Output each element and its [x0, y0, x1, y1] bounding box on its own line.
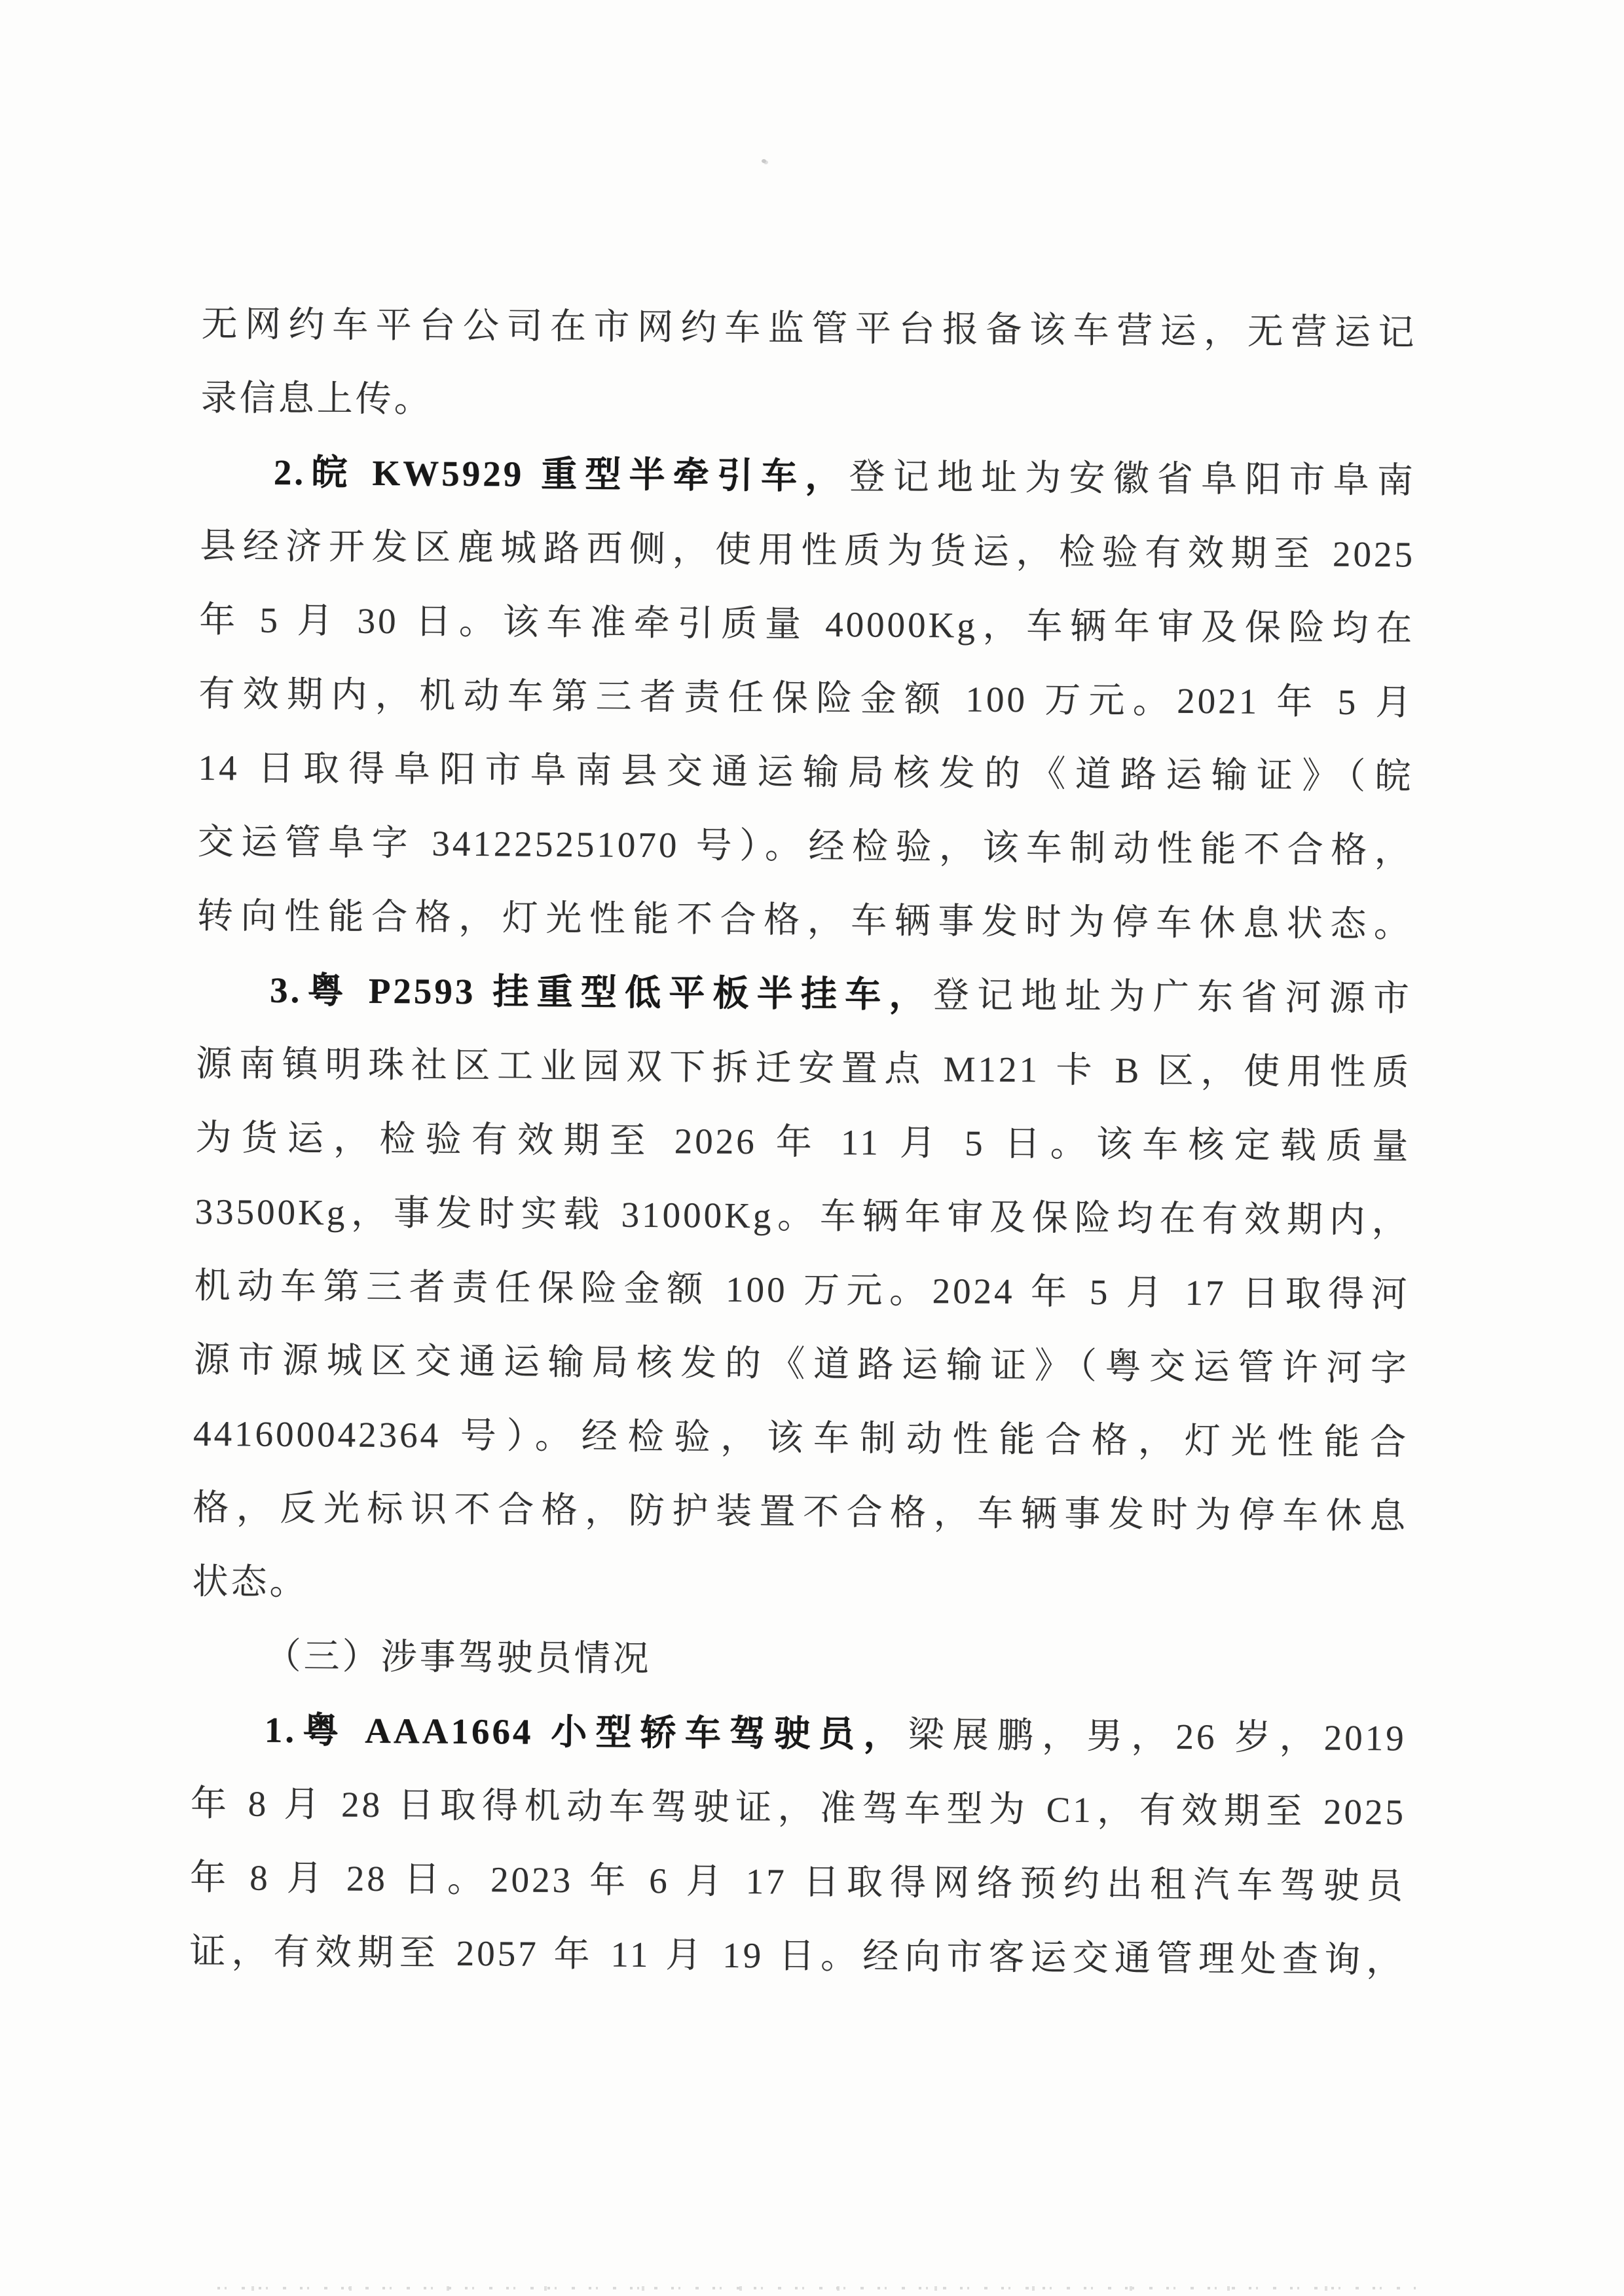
- text-segment: （三）涉事驾驶员情况: [265, 1636, 651, 1679]
- text-segment: 证，有效期至 2057 年 11 月 19 日。经向市客运交通管理处查询，: [189, 1931, 1405, 1980]
- text-segment: 33500Kg，事发时实载 31000Kg。车辆年审及保险均在有效期内，: [194, 1192, 1410, 1241]
- text-segment: 格，反光标识不合格，防护装置不合格，车辆事发时为停车休息: [193, 1487, 1408, 1537]
- text-line: 3.粤 P2593 挂重型低平板半挂车，登记地址为广东省河源市: [196, 953, 1412, 1036]
- text-line: 县经济开发区鹿城路西侧，使用性质为货运，检验有效期至 2025: [200, 509, 1416, 592]
- text-line: 源市源城区交通运输局核发的《道路运输证》（粤交运管许河字: [194, 1322, 1410, 1406]
- vehicle-heading-segment: 1.粤 AAA1664 小型轿车驾驶员，: [265, 1710, 908, 1755]
- text-segment: 登记地址为安徽省阜阳市阜南: [849, 456, 1416, 500]
- text-line: 有效期内，机动车第三者责任保险金额 100 万元。2021 年 5 月: [198, 657, 1414, 740]
- next-line-cutoff-fragments: [217, 2286, 1416, 2291]
- text-segment: 录信息上传。: [201, 378, 433, 420]
- text-line: 为货运，检验有效期至 2026 年 11 月 5 日。该车核定载质量: [195, 1101, 1411, 1184]
- text-line: 录信息上传。: [200, 361, 1416, 444]
- text-segment: 年 5 月 30 日。该车准牵引质量 40000Kg，车辆年审及保险均在: [199, 600, 1414, 649]
- text-segment: 交运管阜字 341225251070 号）。经检验，该车制动性能不合格，: [198, 822, 1413, 871]
- text-segment: 无网约车平台公司在市网约车监管平台报备该车营运，无营运记: [201, 304, 1416, 353]
- text-segment: 源南镇明珠社区工业园双下拆迁安置点 M121 卡 B 区，使用性质: [196, 1044, 1411, 1093]
- text-segment: 441600042364 号）。经检验，该车制动性能合格，灯光性能合: [193, 1413, 1409, 1463]
- text-line: 年 8 月 28 日。2023 年 6 月 17 日取得网络预约出租汽车驾驶员: [190, 1840, 1406, 1923]
- vehicle-heading-segment: 2.皖 KW5929 重型半牵引车，: [274, 452, 849, 496]
- scanned-document-page: 无网约车平台公司在市网约车监管平台报备该车营运，无营运记录信息上传。2.皖 KW…: [0, 0, 1624, 2296]
- text-segment: 为货运，检验有效期至 2026 年 11 月 5 日。该车核定载质量: [195, 1118, 1411, 1167]
- text-line: 14 日取得阜阳市阜南县交通运输局核发的《道路运输证》（皖: [198, 731, 1414, 814]
- text-segment: 梁展鹏，男，26 岁，2019: [908, 1715, 1407, 1758]
- document-body: 无网约车平台公司在市网约车监管平台报备该车营运，无营运记录信息上传。2.皖 KW…: [189, 287, 1417, 1997]
- text-line: 源南镇明珠社区工业园双下拆迁安置点 M121 卡 B 区，使用性质: [196, 1027, 1412, 1110]
- text-line: 转向性能合格，灯光性能不合格，车辆事发时为停车休息状态。: [197, 879, 1413, 962]
- scanner-noise-speck: [762, 159, 766, 163]
- text-line: 2.皖 KW5929 重型半牵引车，登记地址为安徽省阜阳市阜南: [200, 435, 1416, 518]
- text-line: 无网约车平台公司在市网约车监管平台报备该车营运，无营运记: [201, 287, 1417, 370]
- text-segment: 年 8 月 28 日。2023 年 6 月 17 日取得网络预约出租汽车驾驶员: [190, 1857, 1405, 1906]
- text-line: 机动车第三者责任保险金额 100 万元。2024 年 5 月 17 日取得河: [194, 1248, 1410, 1332]
- text-segment: 机动车第三者责任保险金额 100 万元。2024 年 5 月 17 日取得河: [194, 1266, 1410, 1315]
- text-line: 441600042364 号）。经检验，该车制动性能合格，灯光性能合: [193, 1396, 1409, 1480]
- text-segment: 年 8 月 28 日取得机动车驾驶证，准驾车型为 C1，有效期至 2025: [191, 1783, 1406, 1832]
- text-line: 年 8 月 28 日取得机动车驾驶证，准驾车型为 C1，有效期至 2025: [191, 1766, 1407, 1850]
- text-segment: 转向性能合格，灯光性能不合格，车辆事发时为停车休息状态。: [197, 896, 1412, 945]
- text-segment: 源市源城区交通运输局核发的《道路运输证》（粤交运管许河字: [194, 1339, 1409, 1389]
- text-line: 1.粤 AAA1664 小型轿车驾驶员，梁展鹏，男，26 岁，2019: [191, 1692, 1407, 1776]
- text-line: 交运管阜字 341225251070 号）。经检验，该车制动性能不合格，: [197, 805, 1413, 888]
- text-line: 证，有效期至 2057 年 11 月 19 日。经向市客运交通管理处查询，: [189, 1914, 1405, 1997]
- text-line: 格，反光标识不合格，防护装置不合格，车辆事发时为停车休息: [193, 1470, 1409, 1554]
- text-segment: 14 日取得阜阳市阜南县交通运输局核发的《道路运输证》（皖: [198, 748, 1413, 797]
- text-line: 状态。: [192, 1544, 1408, 1628]
- text-segment: 登记地址为广东省河源市: [933, 975, 1412, 1018]
- text-segment: 状态。: [192, 1561, 308, 1602]
- text-line: （三）涉事驾驶员情况: [191, 1618, 1407, 1702]
- vehicle-heading-segment: 3.粤 P2593 挂重型低平板半挂车，: [270, 970, 933, 1015]
- text-line: 33500Kg，事发时实载 31000Kg。车辆年审及保险均在有效期内，: [194, 1175, 1411, 1258]
- text-line: 年 5 月 30 日。该车准牵引质量 40000Kg，车辆年审及保险均在: [199, 583, 1415, 666]
- text-segment: 有效期内，机动车第三者责任保险金额 100 万元。2021 年 5 月: [198, 674, 1414, 723]
- text-segment: 县经济开发区鹿城路西侧，使用性质为货运，检验有效期至 2025: [200, 526, 1415, 575]
